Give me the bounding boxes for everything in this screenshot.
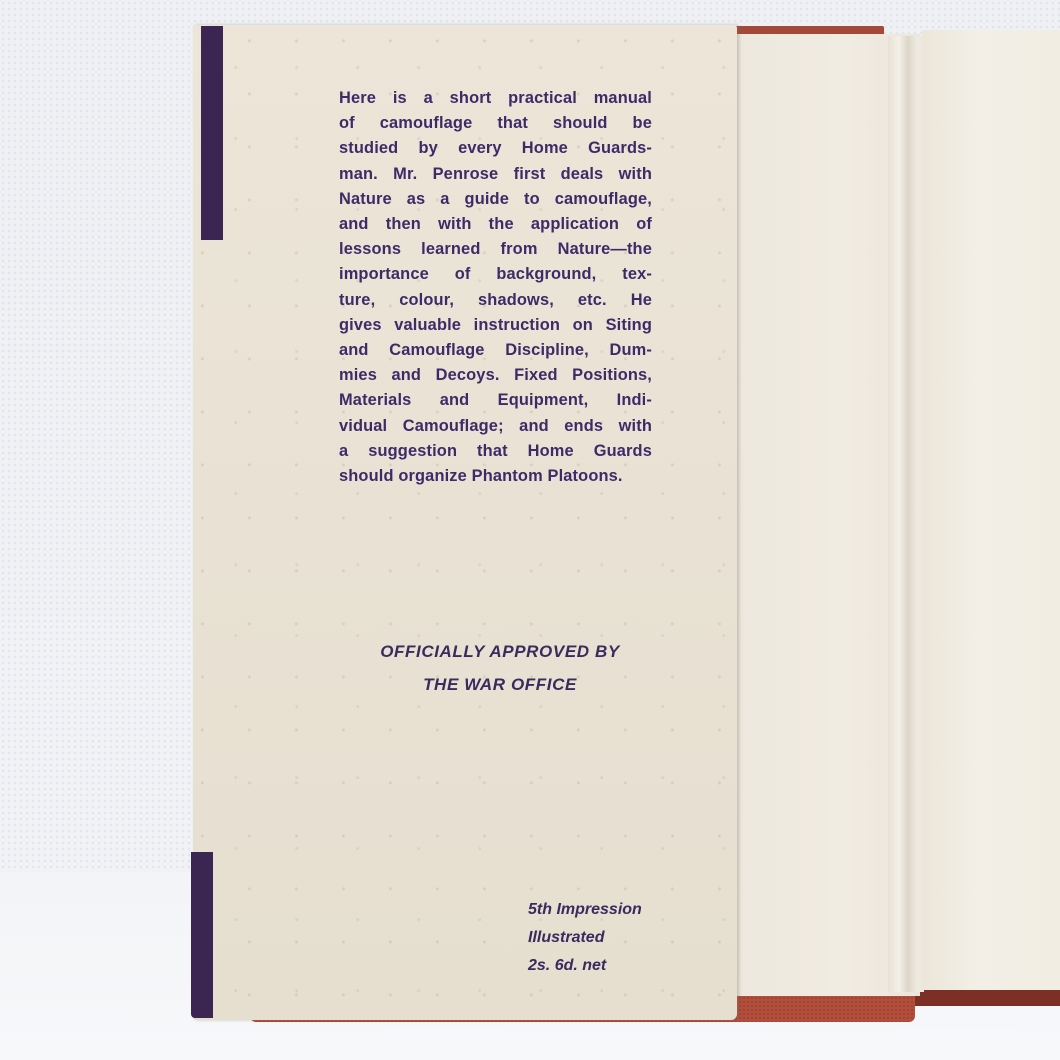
blurb-line: of camouflage that should be [339, 111, 652, 136]
blurb-line: studied by every Home Guards- [339, 136, 652, 161]
blurb-line: man. Mr. Penrose first deals with [339, 162, 652, 187]
illustrated-label: Illustrated [528, 924, 642, 952]
book-back-cover-edge [915, 988, 1060, 1006]
blurb-line: a suggestion that Home Guards [339, 439, 652, 464]
impression-label: 5th Impression [528, 896, 642, 924]
book-gutter [888, 36, 924, 992]
blurb-line: Materials and Equipment, Indi- [339, 388, 652, 413]
blurb-line: Here is a short practical manual [339, 86, 652, 111]
spine-band-top [201, 26, 223, 240]
approval-statement: OFFICIALLY APPROVED BY THE WAR OFFICE [340, 635, 660, 701]
price-label: 2s. 6d. net [528, 952, 642, 980]
endpaper-first-page [922, 30, 1060, 990]
blurb-line: lessons learned from Nature—the [339, 237, 652, 262]
approval-line-1: OFFICIALLY APPROVED BY [340, 635, 660, 668]
approval-line-2: THE WAR OFFICE [340, 668, 660, 701]
blurb-line: and then with the application of [339, 212, 652, 237]
blurb-line: gives valuable instruction on Siting [339, 313, 652, 338]
blurb-line: should organize Phantom Platoons. [339, 464, 652, 489]
blurb-line: and Camouflage Discipline, Dum- [339, 338, 652, 363]
blurb-line: Nature as a guide to camouflage, [339, 187, 652, 212]
blurb-line: mies and Decoys. Fixed Positions, [339, 363, 652, 388]
blurb-line: ture, colour, shadows, etc. He [339, 288, 652, 313]
blurb-line: importance of background, tex- [339, 262, 652, 287]
flap-blurb: Here is a short practical manual of camo… [339, 86, 652, 489]
edition-info: 5th Impression Illustrated 2s. 6d. net [528, 896, 642, 980]
blurb-line: vidual Camouflage; and ends with [339, 414, 652, 439]
spine-band-bottom [191, 852, 213, 1018]
